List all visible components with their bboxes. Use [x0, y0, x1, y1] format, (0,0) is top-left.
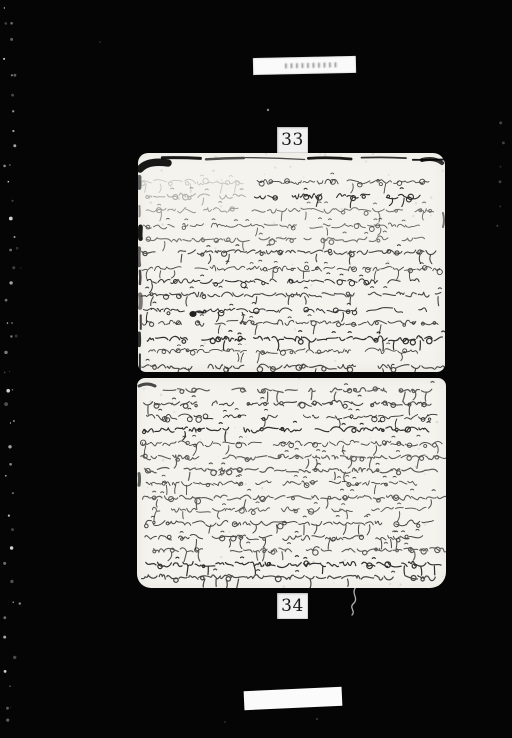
handwriting-page-bottom [137, 378, 446, 588]
film-id-label-strip [253, 56, 356, 75]
film-blank-strip [244, 687, 343, 710]
page-number-top-label: 33 [281, 132, 304, 149]
illegible-label-text [285, 62, 339, 68]
manuscript-page-top [138, 153, 445, 372]
page-number-card-bottom: 34 [277, 593, 308, 619]
microfilm-frame: 33 34 [0, 0, 512, 738]
handwriting-page-top [138, 153, 445, 372]
manuscript-page-bottom [137, 378, 446, 588]
page-number-card-top: 33 [277, 127, 308, 153]
page-number-bottom-label: 34 [281, 598, 304, 615]
